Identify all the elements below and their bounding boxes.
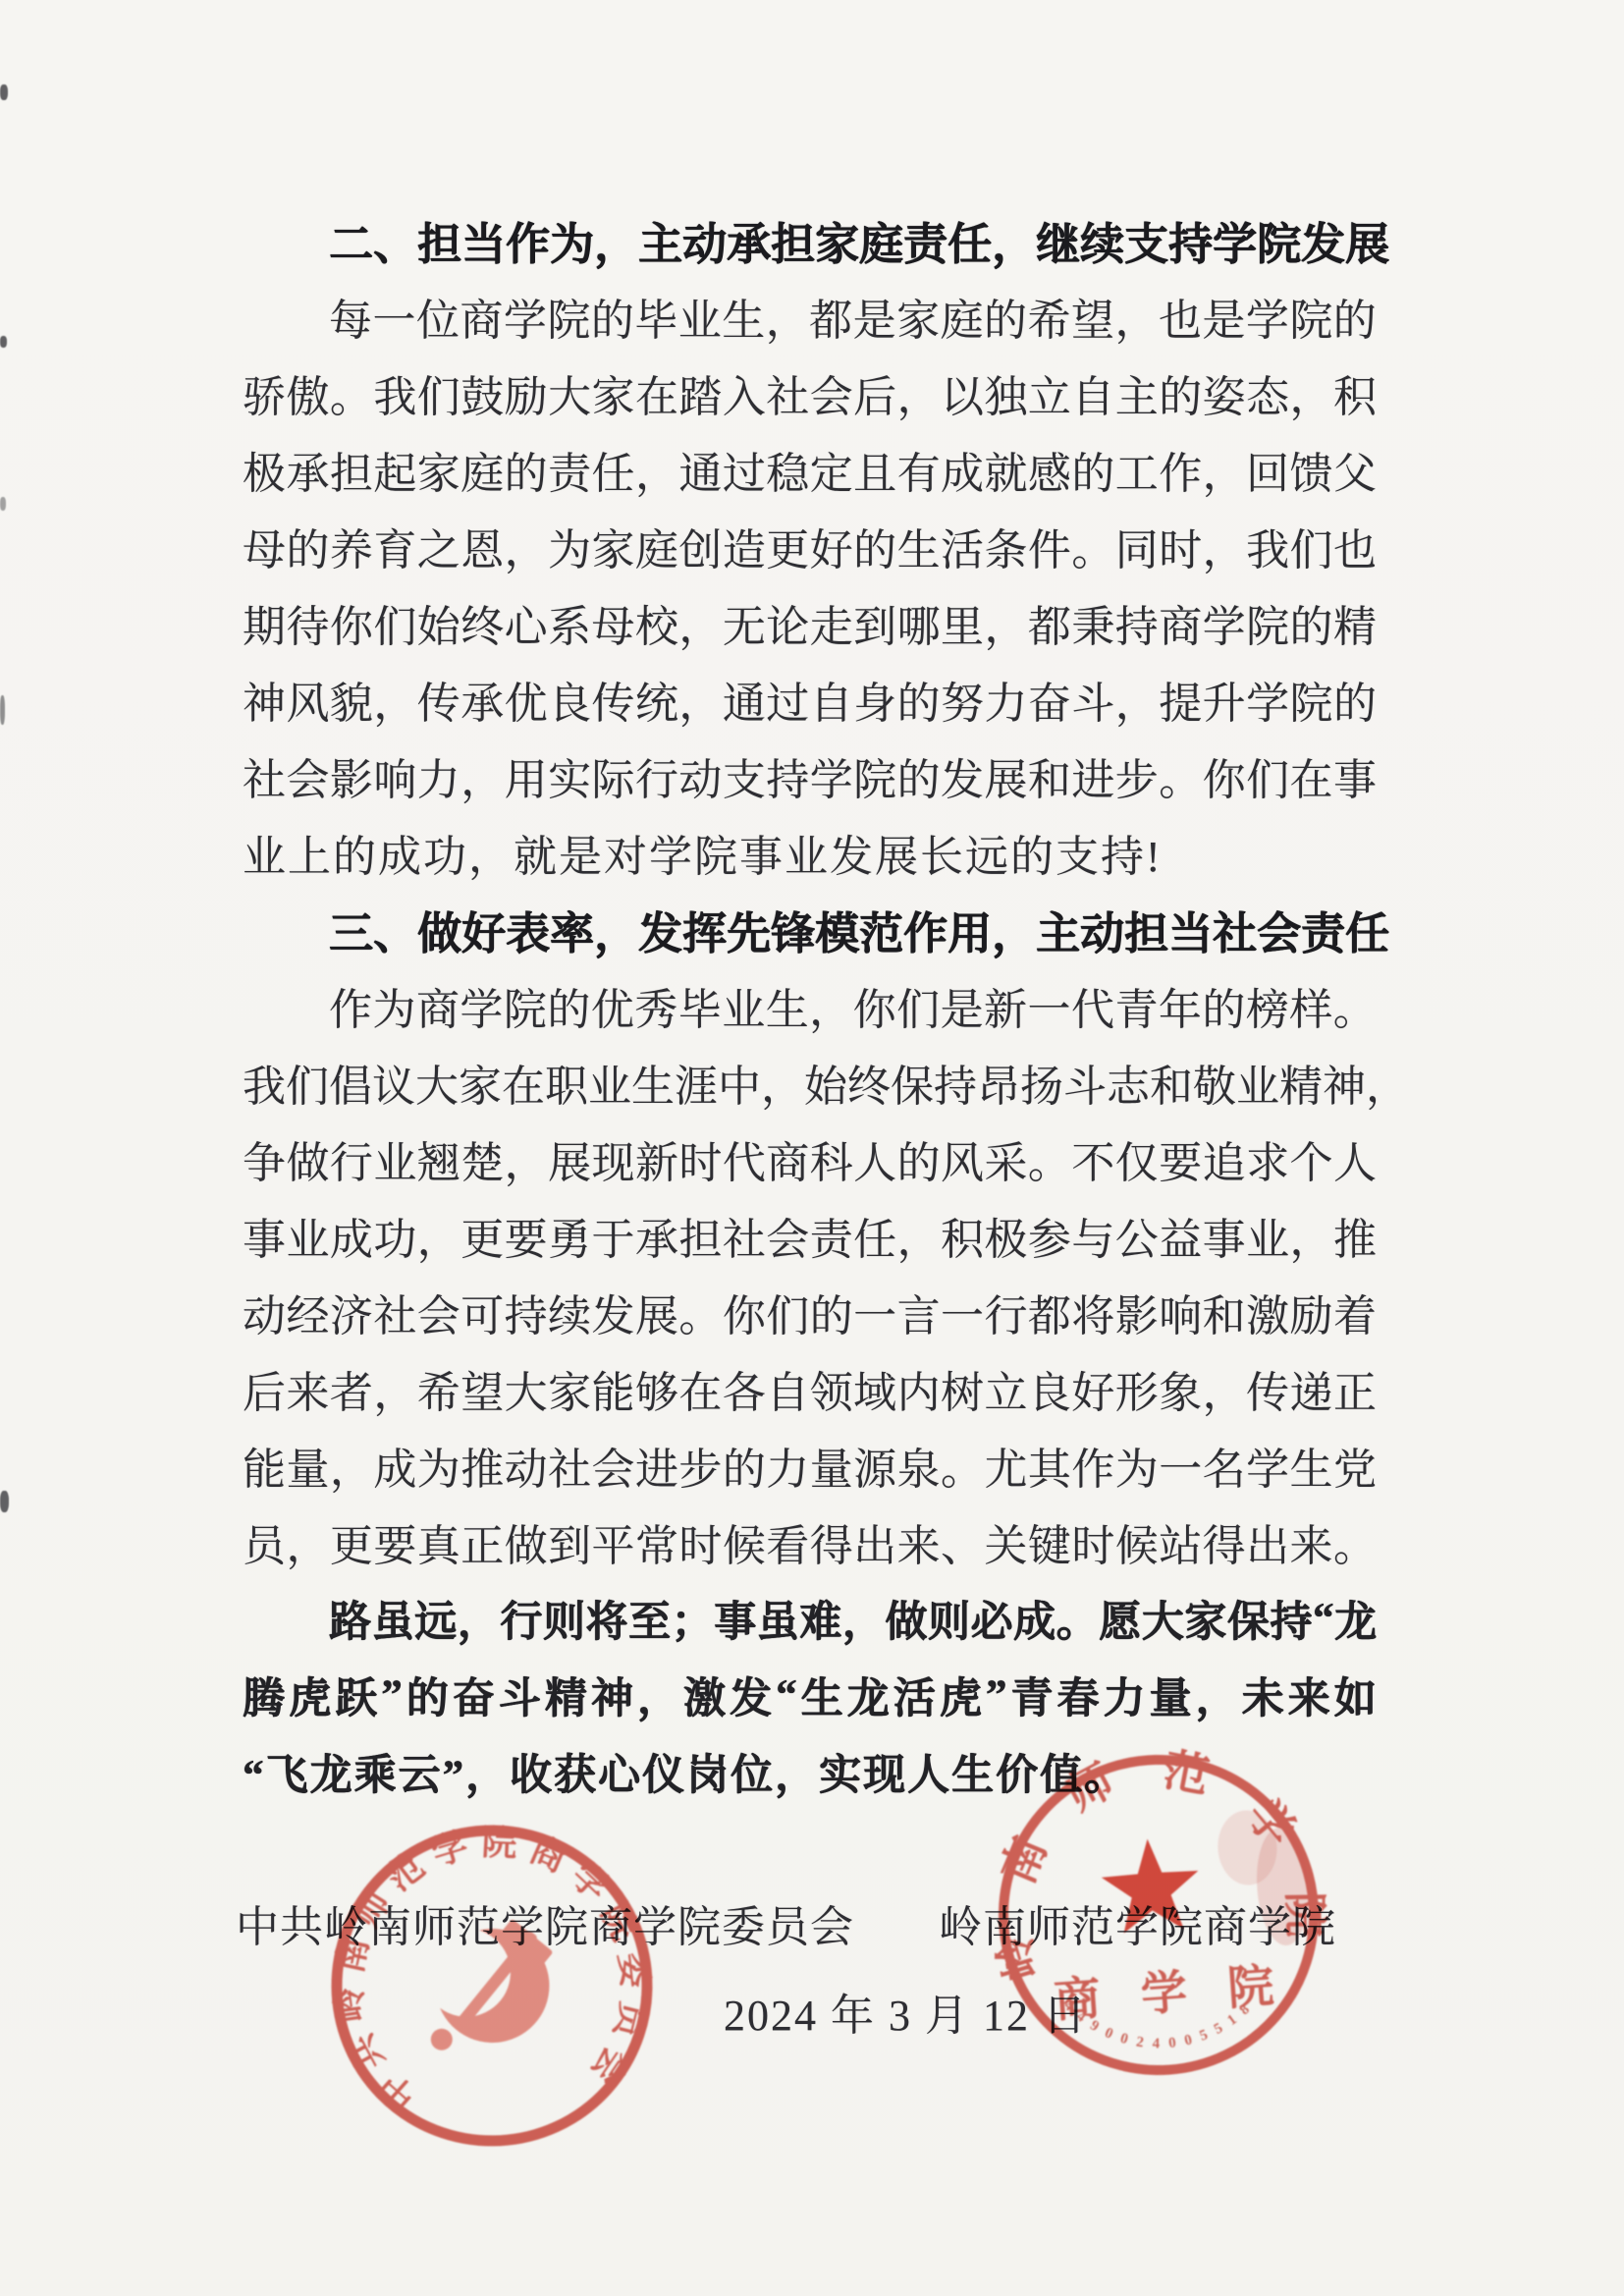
section-heading: 二、担当作为，主动承担家庭责任，继续支持学院发展 bbox=[243, 201, 1377, 278]
text-line: 事业成功，更要勇于承担社会责任，积极参与公益事业，推 bbox=[243, 1197, 1377, 1274]
text-line: 我们倡议大家在职业生涯中，始终保持昂扬斗志和敬业精神， bbox=[243, 1044, 1377, 1121]
text-line: 骄傲。我们鼓励大家在踏入社会后，以独立自主的姿态，积 bbox=[243, 355, 1377, 431]
text-line: 争做行业翘楚，展现新时代商科人的风采。不仅要追求个人 bbox=[243, 1121, 1377, 1197]
text-line: 期待你们始终心系母校，无论走到哪里，都秉持商学院的精 bbox=[243, 584, 1377, 661]
text-line: 腾虎跃”的奋斗精神，激发“生龙活虎”青春力量，未来如 bbox=[243, 1657, 1377, 1733]
star-icon bbox=[1099, 1835, 1202, 1935]
scan-artifact bbox=[0, 84, 8, 100]
party-committee-seal: 中共岭南师范学院商学院委员会 bbox=[306, 1800, 677, 2171]
text-line: 社会影响力，用实际行动支持学院的发展和进步。你们在事 bbox=[243, 738, 1377, 814]
scanned-letter-page: 二、担当作为，主动承担家庭责任，继续支持学院发展每一位商学院的毕业生，都是家庭的… bbox=[0, 0, 1624, 2296]
text-line: 动经济社会可持续发展。你们的一言一行都将影响和激励着 bbox=[243, 1274, 1377, 1350]
text-line: 后来者，希望大家能够在各自领域内树立良好形象，传递正 bbox=[243, 1350, 1377, 1427]
text-line: 员，更要真正做到平常时候看得出来、关键时候站得出来。 bbox=[243, 1503, 1377, 1580]
scan-artifact bbox=[0, 1491, 9, 1512]
text-line: 业上的成功，就是对学院事业发展长远的支持! bbox=[243, 814, 1377, 891]
scan-artifact bbox=[0, 336, 7, 348]
section-heading: 三、做好表率，发挥先锋模范作用，主动担当社会责任 bbox=[243, 891, 1377, 967]
hammer-and-sickle-icon bbox=[424, 1915, 559, 2050]
college-seal: 岭南师范学院 商学院 4490024005518 bbox=[970, 1726, 1347, 2104]
text-line: 神风貌，传承优良传统，通过自身的努力奋斗，提升学院的 bbox=[243, 661, 1377, 738]
scan-artifact bbox=[0, 695, 5, 725]
text-line: 路虽远，行则将至；事虽难，做则必成。愿大家保持“龙 bbox=[243, 1580, 1377, 1657]
text-line: 能量，成为推动社会进步的力量源泉。尤其作为一名学生党 bbox=[243, 1427, 1377, 1503]
text-line: 母的养育之恩，为家庭创造更好的生活条件。同时，我们也 bbox=[243, 508, 1377, 584]
text-line: 作为商学院的优秀毕业生，你们是新一代青年的榜样。 bbox=[243, 967, 1377, 1044]
document-body: 二、担当作为，主动承担家庭责任，继续支持学院发展每一位商学院的毕业生，都是家庭的… bbox=[243, 201, 1377, 1810]
seal-bottom-text: 商学院 bbox=[1053, 1961, 1275, 2027]
text-line: 每一位商学院的毕业生，都是家庭的希望，也是学院的 bbox=[243, 278, 1377, 355]
text-line: 极承担起家庭的责任，通过稳定且有成就感的工作，回馈父 bbox=[243, 431, 1377, 508]
scan-artifact bbox=[0, 497, 6, 511]
